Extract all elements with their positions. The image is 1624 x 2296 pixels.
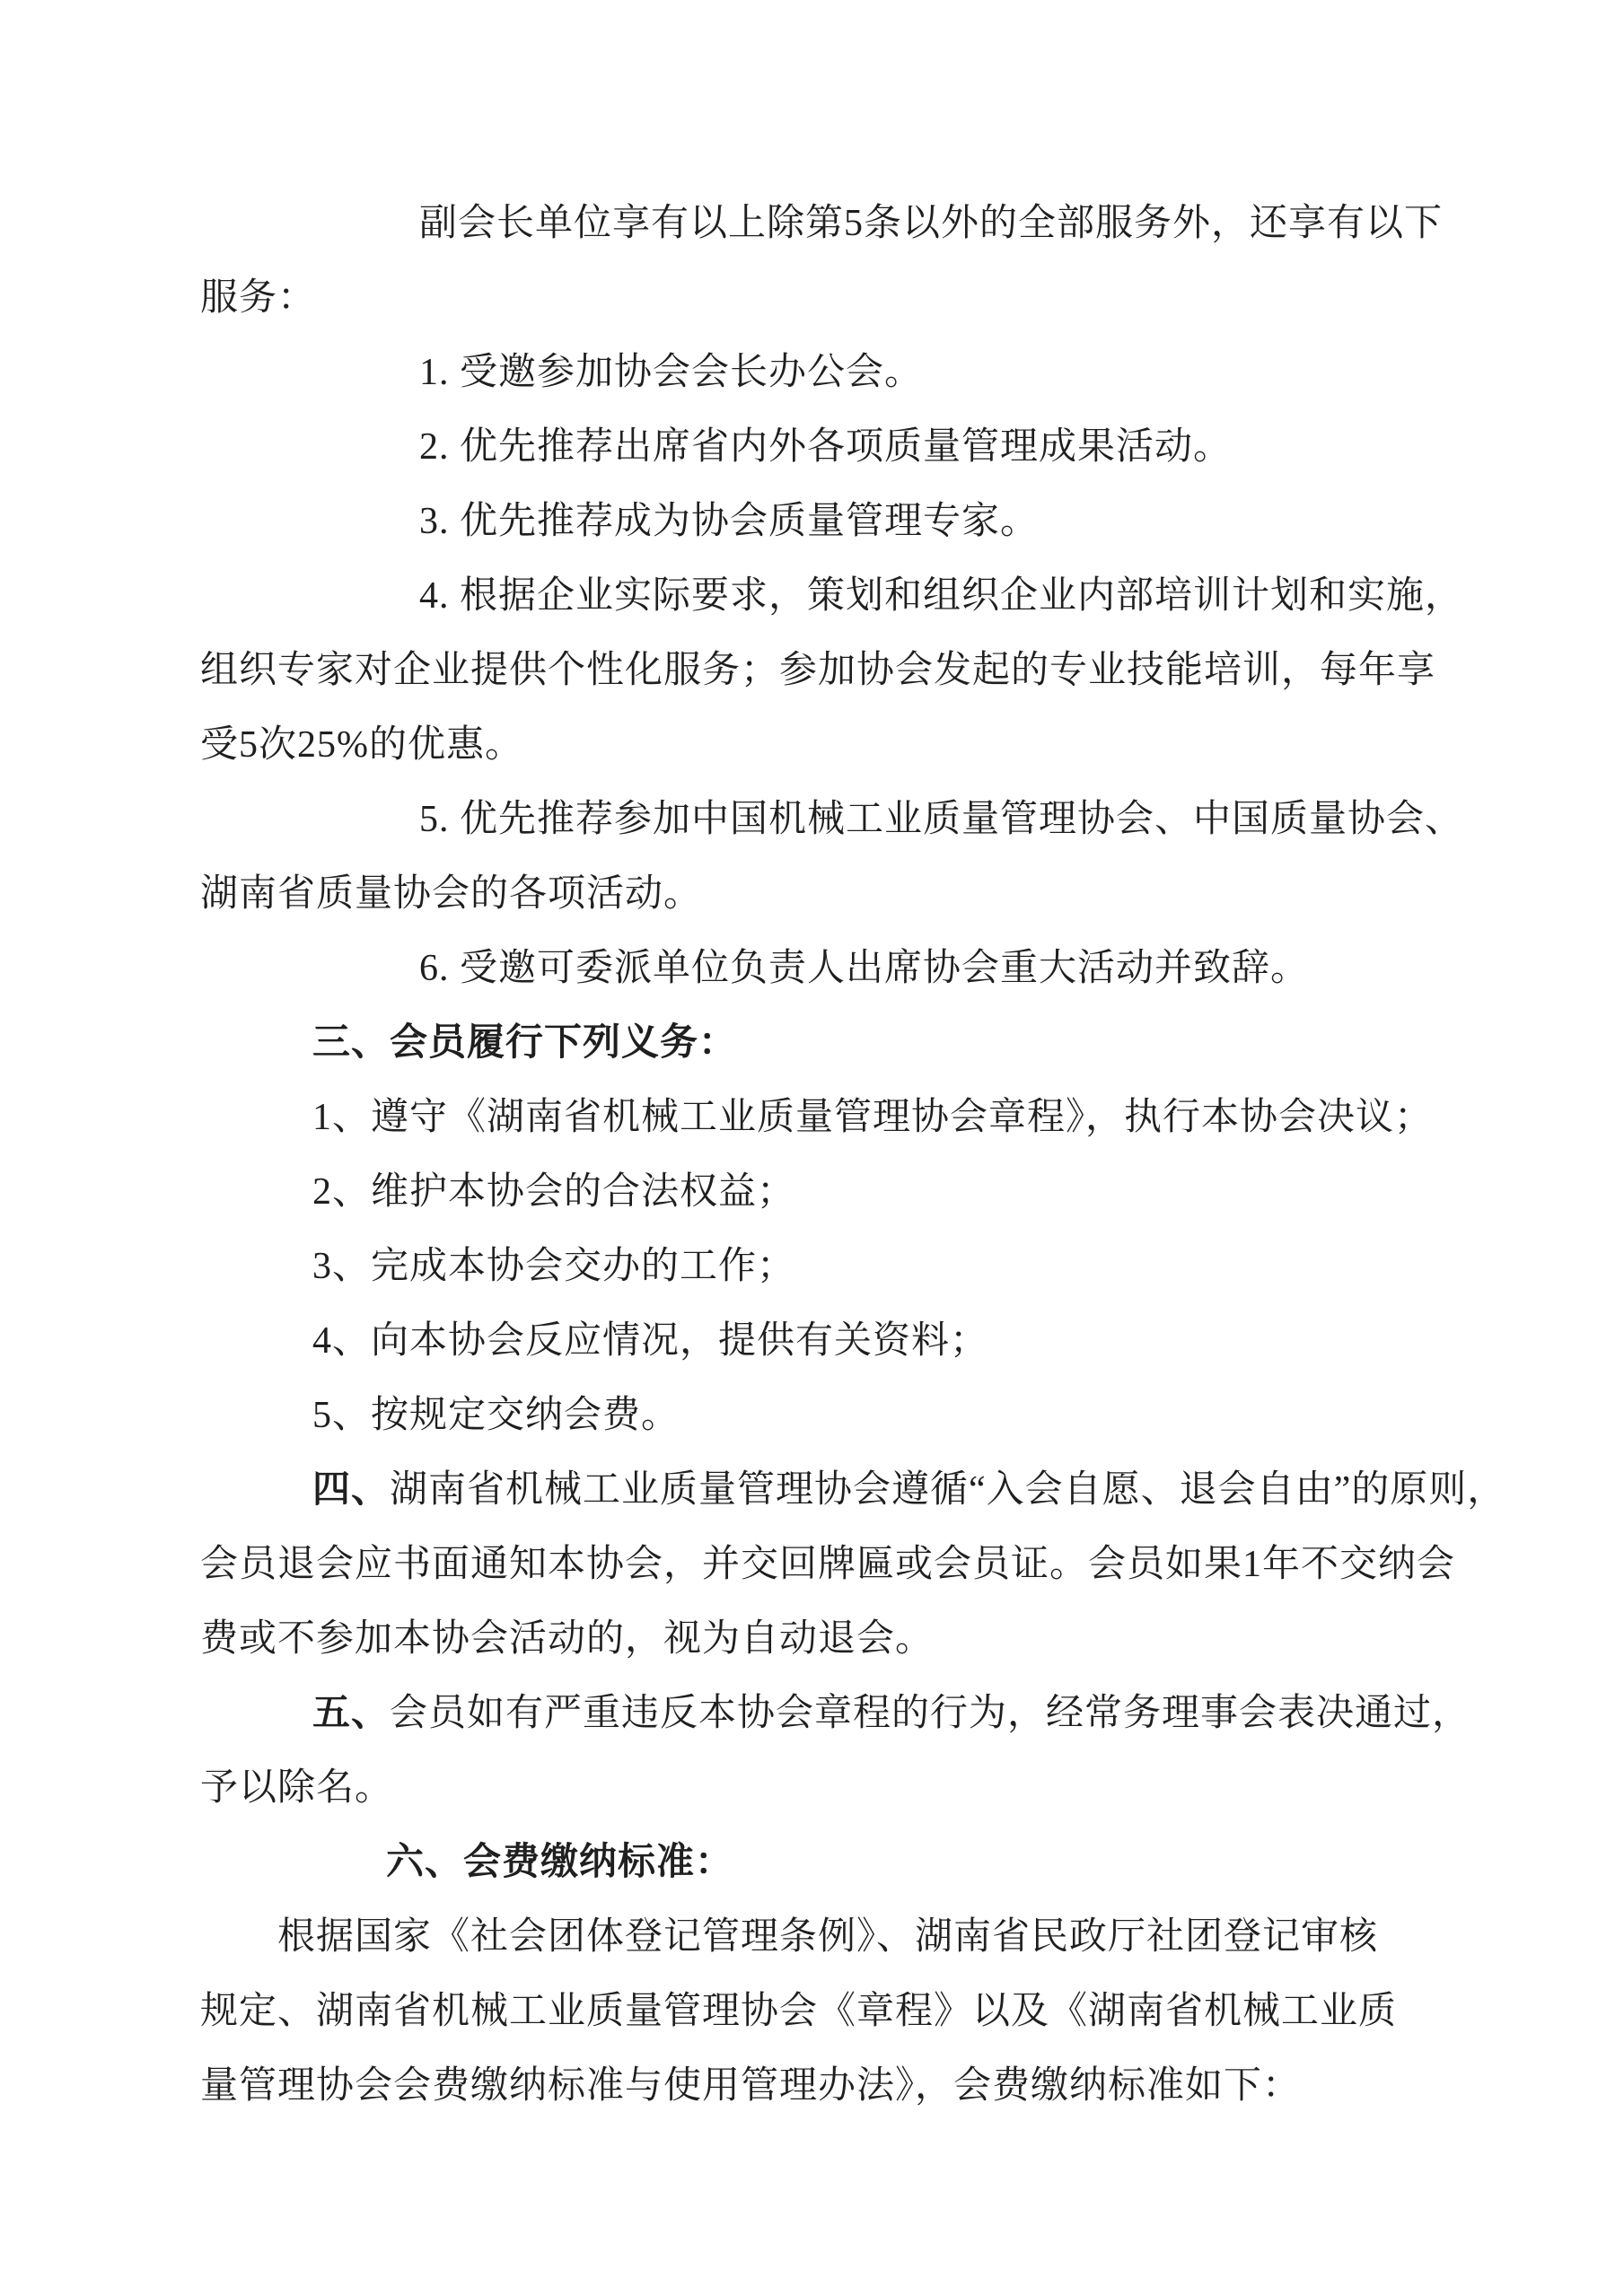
text-line: 予以除名。 bbox=[200, 1751, 1501, 1826]
line-text: 受5次25%的优惠。 bbox=[200, 724, 523, 766]
text-line: 4、向本协会反应情况，提供有关资料； bbox=[200, 1304, 1501, 1379]
line-text: 湖南省机械工业质量管理协会遵循“入会自愿、退会自由”的原则， bbox=[390, 1469, 1505, 1511]
text-line: 副会长单位享有以上除第5条以外的全部服务外，还享有以下 bbox=[200, 187, 1501, 261]
text-line: 会员退会应书面通知本协会，并交回牌匾或会员证。会员如果1年不交纳会 bbox=[200, 1528, 1501, 1602]
text-line: 受5次25%的优惠。 bbox=[200, 708, 1501, 783]
line-text: 副会长单位享有以上除第5条以外的全部服务外，还享有以下 bbox=[419, 203, 1443, 244]
text-line: 费或不参加本协会活动的，视为自动退会。 bbox=[200, 1602, 1501, 1677]
line-text: 费或不参加本协会活动的，视为自动退会。 bbox=[200, 1618, 934, 1660]
line-text: 六、会费缴纳标准： bbox=[386, 1842, 733, 1883]
text-line: 4. 根据企业实际要求，策划和组织企业内部培训计划和实施， bbox=[200, 559, 1501, 634]
line-text: 服务： bbox=[200, 277, 316, 319]
line-text: 4. 根据企业实际要求，策划和组织企业内部培训计划和实施， bbox=[419, 575, 1463, 617]
text-line: 2、维护本协会的合法权益； bbox=[200, 1155, 1501, 1230]
text-line: 3. 优先推荐成为协会质量管理专家。 bbox=[200, 485, 1501, 559]
line-text: 组织专家对企业提供个性化服务；参加协会发起的专业技能培训，每年享 bbox=[200, 650, 1435, 691]
line-text: 会员如有严重违反本协会章程的行为，经常务理事会表决通过， bbox=[390, 1693, 1470, 1734]
text-line: 五、会员如有严重违反本协会章程的行为，经常务理事会表决通过， bbox=[200, 1677, 1501, 1751]
text-line: 三、会员履行下列义务： bbox=[200, 1006, 1501, 1081]
line-text: 3. 优先推荐成为协会质量管理专家。 bbox=[419, 501, 1039, 542]
line-text: 1、遵守《湖南省机械工业质量管理协会章程》，执行本协会决议； bbox=[312, 1097, 1433, 1138]
text-line: 湖南省质量协会的各项活动。 bbox=[200, 857, 1501, 932]
text-line: 5、按规定交纳会费。 bbox=[200, 1379, 1501, 1453]
line-text: 4、向本协会反应情况，提供有关资料； bbox=[312, 1320, 988, 1362]
text-line: 5. 优先推荐参加中国机械工业质量管理协会、中国质量协会、 bbox=[200, 783, 1501, 857]
text-line: 1、遵守《湖南省机械工业质量管理协会章程》，执行本协会决议； bbox=[200, 1081, 1501, 1155]
list-marker: 五、 bbox=[312, 1693, 390, 1734]
text-line: 量管理协会会费缴纳标准与使用管理办法》，会费缴纳标准如下： bbox=[200, 2049, 1501, 2124]
line-text: 予以除名。 bbox=[200, 1767, 393, 1809]
text-line: 四、湖南省机械工业质量管理协会遵循“入会自愿、退会自由”的原则， bbox=[200, 1453, 1501, 1528]
line-text: 三、会员履行下列义务： bbox=[312, 1022, 737, 1064]
line-text: 1. 受邀参加协会会长办公会。 bbox=[419, 352, 923, 393]
line-text: 规定、湖南省机械工业质量管理协会《章程》以及《湖南省机械工业质 bbox=[200, 1991, 1397, 2032]
text-line: 3、完成本协会交办的工作； bbox=[200, 1230, 1501, 1304]
line-text: 5. 优先推荐参加中国机械工业质量管理协会、中国质量协会、 bbox=[419, 799, 1463, 840]
text-line: 6. 受邀可委派单位负责人出席协会重大活动并致辞。 bbox=[200, 932, 1501, 1006]
line-text: 根据国家《社会团体登记管理条例》、湖南省民政厅社团登记审核 bbox=[277, 1916, 1378, 1958]
text-line: 2. 优先推荐出席省内外各项质量管理成果活动。 bbox=[200, 410, 1501, 485]
line-text: 湖南省质量协会的各项活动。 bbox=[200, 873, 702, 915]
line-text: 3、完成本协会交办的工作； bbox=[312, 1246, 795, 1287]
text-line: 组织专家对企业提供个性化服务；参加协会发起的专业技能培训，每年享 bbox=[200, 634, 1501, 708]
line-text: 2、维护本协会的合法权益； bbox=[312, 1171, 795, 1213]
text-line: 六、会费缴纳标准： bbox=[200, 1826, 1501, 1900]
text-line: 服务： bbox=[200, 261, 1501, 336]
text-line: 1. 受邀参加协会会长办公会。 bbox=[200, 336, 1501, 410]
document-page: 副会长单位享有以上除第5条以外的全部服务外，还享有以下服务：1. 受邀参加协会会… bbox=[0, 0, 1624, 2296]
document-content: 副会长单位享有以上除第5条以外的全部服务外，还享有以下服务：1. 受邀参加协会会… bbox=[200, 187, 1501, 2124]
line-text: 2. 优先推荐出席省内外各项质量管理成果活动。 bbox=[419, 426, 1232, 468]
line-text: 会员退会应书面通知本协会，并交回牌匾或会员证。会员如果1年不交纳会 bbox=[200, 1544, 1455, 1585]
line-text: 6. 受邀可委派单位负责人出席协会重大活动并致辞。 bbox=[419, 948, 1309, 989]
line-text: 5、按规定交纳会费。 bbox=[312, 1395, 680, 1436]
text-line: 规定、湖南省机械工业质量管理协会《章程》以及《湖南省机械工业质 bbox=[200, 1975, 1501, 2049]
line-text: 量管理协会会费缴纳标准与使用管理办法》，会费缴纳标准如下： bbox=[200, 2065, 1301, 2107]
text-line: 根据国家《社会团体登记管理条例》、湖南省民政厅社团登记审核 bbox=[200, 1900, 1501, 1975]
list-marker: 四、 bbox=[312, 1469, 390, 1511]
